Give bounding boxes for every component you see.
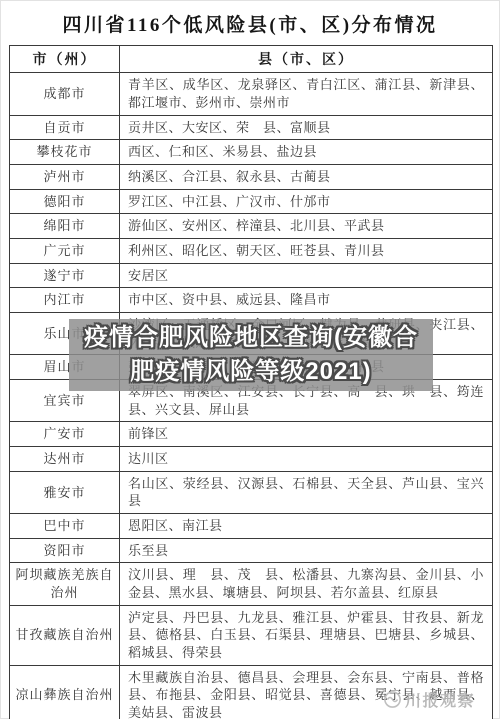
city-cell: 攀枝花市 <box>10 140 120 165</box>
table-row: 资阳市 乐至县 <box>10 538 493 563</box>
table-row: 攀枝花市 西区、仁和区、米易县、盐边县 <box>10 140 493 165</box>
counties-cell: 泸定县、丹巴县、九龙县、雅江县、炉霍县、甘孜县、新龙县、德格县、白玉县、石渠县、… <box>120 605 493 665</box>
table-row: 泸州市 纳溪区、合江县、叙永县、古蔺县 <box>10 164 493 189</box>
table-row: 达州市 达川区 <box>10 446 493 471</box>
city-cell: 德阳市 <box>10 189 120 214</box>
watermark-overlay: 疫情合肥风险地区查询(安徽合肥疫情风险等级2021) <box>69 319 433 391</box>
counties-cell: 纳溪区、合江县、叙永县、古蔺县 <box>120 164 493 189</box>
counties-cell: 前锋区 <box>120 422 493 447</box>
watermark-text: 疫情合肥风险地区查询(安徽合肥疫情风险等级2021) <box>69 321 433 388</box>
counties-cell: 西区、仁和区、米易县、盐边县 <box>120 140 493 165</box>
city-cell: 阿坝藏族羌族自治州 <box>10 563 120 605</box>
city-cell: 雅安市 <box>10 471 120 513</box>
page-title: 四川省116个低风险县(市、区)分布情况 <box>7 10 493 37</box>
city-cell: 广安市 <box>10 422 120 447</box>
city-cell: 广元市 <box>10 238 120 263</box>
chuanbao-logo-icon <box>383 690 402 709</box>
city-cell: 泸州市 <box>10 164 120 189</box>
table-row: 遂宁市 安居区 <box>10 263 493 288</box>
table-row: 内江市 市中区、资中县、威远县、隆昌市 <box>10 288 493 313</box>
brand-watermark: 川报观察 <box>383 688 475 711</box>
table-row: 广元市 利州区、昭化区、朝天区、旺苍县、青川县 <box>10 238 493 263</box>
city-cell: 绵阳市 <box>10 214 120 239</box>
city-cell: 凉山彝族自治州 <box>10 665 120 719</box>
city-cell: 内江市 <box>10 288 120 313</box>
counties-cell: 贡井区、大安区、荣 县、富顺县 <box>120 115 493 140</box>
table-row: 阿坝藏族羌族自治州 汶川县、理 县、茂 县、松潘县、九寨沟县、金川县、小金县、黑… <box>10 563 493 605</box>
city-cell: 遂宁市 <box>10 263 120 288</box>
table-header-row: 市（州） 县（市、区） <box>10 46 493 73</box>
page: 四川省116个低风险县(市、区)分布情况 市（州） 县（市、区） 成都市 青羊区… <box>0 0 500 719</box>
city-cell: 自贡市 <box>10 115 120 140</box>
table-row: 成都市 青羊区、成华区、龙泉驿区、青白江区、蒲江县、新津县、都江堰市、彭州市、崇… <box>10 73 493 115</box>
table-row: 绵阳市 游仙区、安州区、梓潼县、北川县、平武县 <box>10 214 493 239</box>
city-cell: 巴中市 <box>10 513 120 538</box>
counties-cell: 乐至县 <box>120 538 493 563</box>
counties-cell: 青羊区、成华区、龙泉驿区、青白江区、蒲江县、新津县、都江堰市、彭州市、崇州市 <box>120 73 493 115</box>
table-row: 巴中市 恩阳区、南江县 <box>10 513 493 538</box>
city-cell: 资阳市 <box>10 538 120 563</box>
table-row: 德阳市 罗江区、中江县、广汉市、什邡市 <box>10 189 493 214</box>
city-cell: 达州市 <box>10 446 120 471</box>
table-row: 广安市 前锋区 <box>10 422 493 447</box>
header-counties: 县（市、区） <box>120 46 493 73</box>
counties-cell: 利州区、昭化区、朝天区、旺苍县、青川县 <box>120 238 493 263</box>
city-cell: 甘孜藏族自治州 <box>10 605 120 665</box>
counties-cell: 汶川县、理 县、茂 县、松潘县、九寨沟县、金川县、小金县、黑水县、壤塘县、阿坝县… <box>120 563 493 605</box>
counties-cell: 名山区、荥经县、汉源县、石棉县、天全县、芦山县、宝兴县 <box>120 471 493 513</box>
table-row: 雅安市 名山区、荥经县、汉源县、石棉县、天全县、芦山县、宝兴县 <box>10 471 493 513</box>
table-row: 甘孜藏族自治州 泸定县、丹巴县、九龙县、雅江县、炉霍县、甘孜县、新龙县、德格县、… <box>10 605 493 665</box>
table-body: 成都市 青羊区、成华区、龙泉驿区、青白江区、蒲江县、新津县、都江堰市、彭州市、崇… <box>10 73 493 719</box>
header-city: 市（州） <box>10 46 120 73</box>
counties-cell: 恩阳区、南江县 <box>120 513 493 538</box>
counties-cell: 游仙区、安州区、梓潼县、北川县、平武县 <box>120 214 493 239</box>
counties-cell: 市中区、资中县、威远县、隆昌市 <box>120 288 493 313</box>
counties-cell: 安居区 <box>120 263 493 288</box>
brand-watermark-text: 川报观察 <box>405 688 475 711</box>
counties-cell: 罗江区、中江县、广汉市、什邡市 <box>120 189 493 214</box>
city-cell: 成都市 <box>10 73 120 115</box>
counties-cell: 达川区 <box>120 446 493 471</box>
table-row: 自贡市 贡井区、大安区、荣 县、富顺县 <box>10 115 493 140</box>
